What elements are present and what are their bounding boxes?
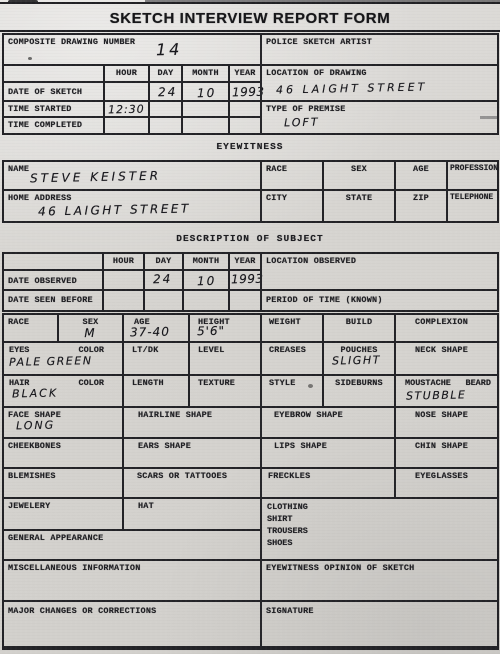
zip-label: ZIP bbox=[396, 193, 446, 203]
lips-shape-label: LIPS SHAPE bbox=[274, 441, 327, 451]
pouches-value: SLIGHT bbox=[332, 353, 381, 367]
weight-label: WEIGHT bbox=[269, 317, 301, 327]
date-seen-before-label-cell: DATE SEEN BEFORE bbox=[2, 289, 104, 312]
subject-sex-field: SEX M bbox=[57, 313, 124, 343]
hair-color-field: HAIRCOLOR BLACK bbox=[2, 374, 124, 408]
month-header-label: MONTH bbox=[183, 68, 228, 78]
subject-race-field: RACE bbox=[2, 313, 59, 343]
nose-shape-label: NOSE SHAPE bbox=[415, 410, 468, 420]
month-header-label: MONTH bbox=[184, 256, 228, 266]
date-observed-label: DATE OBSERVED bbox=[8, 276, 77, 286]
general-appearance-label: GENERAL APPEARANCE bbox=[8, 533, 103, 543]
age-label: AGE bbox=[396, 164, 446, 174]
date-seen-before-label: DATE SEEN BEFORE bbox=[8, 295, 93, 305]
subject-height-value: 5'6" bbox=[197, 324, 225, 339]
sex-field: SEX bbox=[322, 160, 396, 191]
texture-field: TEXTURE bbox=[188, 374, 262, 408]
moustache-beard-label: MOUSTACHEBEARD bbox=[405, 378, 491, 388]
scars-or-tattooes-label: SCARS OR TATTOOES bbox=[137, 471, 227, 481]
city-label: CITY bbox=[266, 193, 287, 203]
date-seen-before-year-cell bbox=[228, 289, 262, 312]
profession-field: PROFESSION bbox=[446, 160, 499, 191]
location-of-drawing-label: LOCATION OF DRAWING bbox=[266, 68, 367, 78]
chin-shape-label: CHIN SHAPE bbox=[415, 441, 468, 451]
time-completed-hour-cell bbox=[103, 116, 150, 135]
time-completed-month-cell bbox=[181, 116, 230, 135]
signature-field: SIGNATURE bbox=[260, 600, 499, 650]
time-started-value: 12:30 bbox=[108, 103, 145, 117]
home-address-label: HOME ADDRESS bbox=[8, 193, 72, 203]
face-shape-value: LONG bbox=[16, 419, 55, 433]
type-of-premise-field: TYPE OF PREMISE LOFT bbox=[260, 100, 499, 135]
date-observed-month-value: 10 bbox=[197, 274, 217, 288]
jewelery-label: JEWELERY bbox=[8, 501, 50, 511]
period-of-time-field: PERIOD OF TIME (KNOWN) bbox=[260, 289, 499, 312]
home-address-value: 46 LAIGHT STREET bbox=[38, 201, 191, 218]
weight-field: WEIGHT bbox=[260, 313, 324, 343]
time-completed-day-cell bbox=[148, 116, 183, 135]
police-sketch-artist-field: POLICE SKETCH ARTIST bbox=[260, 33, 499, 66]
date-observed-day-value: 24 bbox=[153, 272, 173, 286]
signature-label: SIGNATURE bbox=[266, 606, 314, 616]
description-of-subject-section-title: DESCRIPTION OF SUBJECT bbox=[0, 233, 500, 244]
eyewitness-opinion-label: EYEWITNESS OPINION OF SKETCH bbox=[266, 563, 414, 573]
date-of-sketch-day-cell: 24 bbox=[148, 81, 183, 102]
hour-header-label: HOUR bbox=[105, 68, 148, 78]
cheekbones-field: CHEEKBONES bbox=[2, 437, 124, 469]
date-seen-before-day-cell bbox=[143, 289, 184, 312]
trousers-label: TROUSERS bbox=[262, 524, 497, 536]
time-completed-label-cell: TIME COMPLETED bbox=[2, 116, 105, 135]
nose-shape-field: NOSE SHAPE bbox=[394, 406, 499, 439]
subject-race-label: RACE bbox=[8, 317, 29, 327]
date-of-sketch-hour-cell bbox=[103, 81, 150, 102]
name-value: STEVE KEISTER bbox=[30, 169, 161, 186]
clothing-field: CLOTHING SHIRT TROUSERS SHOES bbox=[260, 497, 499, 561]
profession-label: PROFESSION bbox=[450, 164, 498, 173]
telephone-label: TELEPHONE bbox=[450, 193, 493, 202]
eyeglasses-field: EYEGLASSES bbox=[394, 467, 499, 499]
time-completed-label: TIME COMPLETED bbox=[8, 120, 82, 130]
clothing-label: CLOTHING bbox=[262, 500, 497, 512]
eyewitness-opinion-field: EYEWITNESS OPINION OF SKETCH bbox=[260, 559, 499, 602]
style-field: STYLE bbox=[260, 374, 324, 408]
date-observed-day-cell: 24 bbox=[143, 269, 184, 291]
subject-height-field: HEIGHT 5'6" bbox=[188, 313, 262, 343]
eyewitness-section-title: EYEWITNESS bbox=[0, 141, 500, 152]
name-label: NAME bbox=[8, 164, 29, 174]
blemishes-label: BLEMISHES bbox=[8, 471, 56, 481]
eyes-color-value: PALE GREEN bbox=[9, 354, 93, 369]
scars-or-tattooes-field: SCARS OR TATTOOES bbox=[122, 467, 262, 499]
day-header-label: DAY bbox=[145, 256, 182, 266]
telephone-field: TELEPHONE bbox=[446, 189, 499, 223]
zip-field: ZIP bbox=[394, 189, 448, 223]
race-field: RACE bbox=[260, 160, 324, 191]
eyebrow-shape-field: EYEBROW SHAPE bbox=[260, 406, 396, 439]
cheekbones-label: CHEEKBONES bbox=[8, 441, 61, 451]
state-field: STATE bbox=[322, 189, 396, 223]
build-field: BUILD bbox=[322, 313, 396, 343]
age-field: AGE bbox=[394, 160, 448, 191]
creases-field: CREASES bbox=[260, 341, 324, 376]
home-address-field: HOME ADDRESS 46 LAIGHT STREET bbox=[2, 189, 262, 223]
time-completed-year-cell bbox=[228, 116, 262, 135]
race-label: RACE bbox=[266, 164, 287, 174]
eyes-color-field: EYESCOLOR PALE GREEN bbox=[2, 341, 124, 376]
sex-label: SEX bbox=[324, 164, 394, 174]
freckles-field: FRECKLES bbox=[260, 467, 396, 499]
date-observed-label-cell: DATE OBSERVED bbox=[2, 269, 104, 291]
form-title: SKETCH INTERVIEW REPORT FORM bbox=[0, 2, 500, 32]
neck-shape-field: NECK SHAPE bbox=[394, 341, 499, 376]
scanned-form-page: SKETCH INTERVIEW REPORT FORM COMPOSITE D… bbox=[0, 0, 500, 654]
hat-field: HAT bbox=[122, 497, 262, 531]
hairline-shape-label: HAIRLINE SHAPE bbox=[138, 410, 212, 420]
date-observed-year-value: 1993 bbox=[231, 272, 264, 287]
jewelery-field: JEWELERY bbox=[2, 497, 124, 531]
complexion-label: COMPLEXION bbox=[415, 317, 468, 327]
shoes-label: SHOES bbox=[262, 536, 497, 548]
composite-drawing-number-label: COMPOSITE DRAWING NUMBER bbox=[8, 37, 135, 47]
police-sketch-artist-label: POLICE SKETCH ARTIST bbox=[266, 37, 372, 47]
city-field: CITY bbox=[260, 189, 324, 223]
state-label: STATE bbox=[324, 193, 394, 203]
composite-drawing-number-field: COMPOSITE DRAWING NUMBER 14 bbox=[2, 33, 262, 66]
miscellaneous-information-label: MISCELLANEOUS INFORMATION bbox=[8, 563, 141, 573]
subject-age-value: 37-40 bbox=[130, 325, 170, 340]
type-of-premise-value: LOFT bbox=[284, 116, 320, 130]
major-changes-field: MAJOR CHANGES OR CORRECTIONS bbox=[2, 600, 262, 650]
blemishes-field: BLEMISHES bbox=[2, 467, 124, 499]
style-label: STYLE bbox=[269, 378, 296, 388]
date-observed-year-cell: 1993 bbox=[228, 269, 262, 291]
hairline-shape-field: HAIRLINE SHAPE bbox=[122, 406, 262, 439]
pouches-field: POUCHES SLIGHT bbox=[322, 341, 396, 376]
date-of-sketch-label: DATE OF SKETCH bbox=[8, 87, 82, 97]
miscellaneous-information-field: MISCELLANEOUS INFORMATION bbox=[2, 559, 262, 602]
date-of-sketch-month-value: 10 bbox=[197, 86, 217, 100]
date-seen-before-month-cell bbox=[182, 289, 230, 312]
hour-header-label: HOUR bbox=[104, 256, 143, 266]
chin-shape-field: CHIN SHAPE bbox=[394, 437, 499, 469]
complexion-field: COMPLEXION bbox=[394, 313, 499, 343]
texture-label: TEXTURE bbox=[198, 378, 235, 388]
name-field: NAME STEVE KEISTER bbox=[2, 160, 262, 191]
moustache-beard-field: MOUSTACHEBEARD STUBBLE bbox=[394, 374, 499, 408]
level-field: LEVEL bbox=[188, 341, 262, 376]
period-of-time-label: PERIOD OF TIME (KNOWN) bbox=[266, 295, 383, 305]
lt-dk-field: LT/DK bbox=[122, 341, 190, 376]
sideburns-field: SIDEBURNS bbox=[322, 374, 396, 408]
length-label: LENGTH bbox=[132, 378, 164, 388]
time-started-label: TIME STARTED bbox=[8, 104, 72, 114]
date-of-sketch-day-value: 24 bbox=[158, 85, 178, 99]
sideburns-label: SIDEBURNS bbox=[324, 378, 394, 388]
location-of-drawing-field: LOCATION OF DRAWING 46 LAIGHT STREET bbox=[260, 64, 499, 102]
date-observed-month-cell: 10 bbox=[182, 269, 230, 291]
location-observed-label: LOCATION OBSERVED bbox=[266, 256, 356, 266]
ears-shape-label: EARS SHAPE bbox=[138, 441, 191, 451]
subject-sex-value: M bbox=[59, 325, 122, 340]
level-label: LEVEL bbox=[198, 345, 225, 355]
day-header-label: DAY bbox=[150, 68, 181, 78]
face-shape-field: FACE SHAPE LONG bbox=[2, 406, 124, 439]
date-of-sketch-month-cell: 10 bbox=[181, 81, 230, 102]
ears-shape-field: EARS SHAPE bbox=[122, 437, 262, 469]
eyeglasses-label: EYEGLASSES bbox=[415, 471, 468, 481]
subject-age-field: AGE 37-40 bbox=[122, 313, 190, 343]
lips-shape-field: LIPS SHAPE bbox=[260, 437, 396, 469]
eyebrow-shape-label: EYEBROW SHAPE bbox=[274, 410, 343, 420]
hair-color-value: BLACK bbox=[12, 387, 58, 401]
shirt-label: SHIRT bbox=[262, 512, 497, 524]
moustache-beard-value: STUBBLE bbox=[406, 388, 467, 402]
date-seen-before-hour-cell bbox=[102, 289, 145, 312]
composite-drawing-number-value: 14 bbox=[156, 40, 183, 60]
neck-shape-label: NECK SHAPE bbox=[415, 345, 468, 355]
build-label: BUILD bbox=[324, 317, 394, 327]
general-appearance-field: GENERAL APPEARANCE bbox=[2, 529, 262, 561]
length-field: LENGTH bbox=[122, 374, 190, 408]
year-header-label: YEAR bbox=[230, 68, 260, 78]
date-of-sketch-label-cell: DATE OF SKETCH bbox=[2, 81, 105, 102]
lt-dk-label: LT/DK bbox=[132, 345, 159, 355]
major-changes-label: MAJOR CHANGES OR CORRECTIONS bbox=[8, 606, 156, 616]
creases-label: CREASES bbox=[269, 345, 306, 355]
date-of-sketch-year-cell: 1993 bbox=[228, 81, 262, 102]
location-observed-field: LOCATION OBSERVED bbox=[260, 252, 499, 291]
hat-label: HAT bbox=[138, 501, 154, 511]
location-of-drawing-value: 46 LAIGHT STREET bbox=[276, 80, 428, 96]
type-of-premise-label: TYPE OF PREMISE bbox=[266, 104, 346, 114]
year-header-label: YEAR bbox=[230, 256, 260, 266]
date-observed-hour-cell bbox=[102, 269, 145, 291]
freckles-label: FRECKLES bbox=[268, 471, 310, 481]
